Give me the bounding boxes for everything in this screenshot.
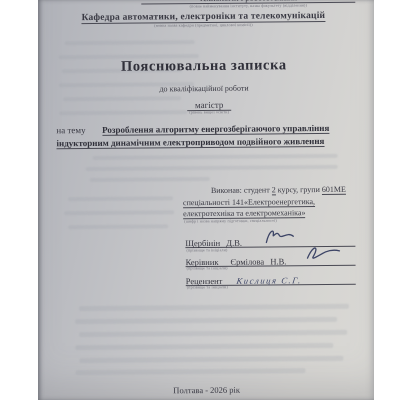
bleed-through-text xyxy=(90,177,210,182)
bleed-through-text xyxy=(65,40,195,45)
city-year-footer: Полтава - 2026 рік xyxy=(57,384,357,397)
page-title: Пояснювальна записка xyxy=(54,57,354,77)
bleed-through-text xyxy=(79,304,349,311)
bleed-through-text xyxy=(79,330,347,337)
author-speciality-line1: спеціальності 141«Електроенергетика, xyxy=(183,197,315,208)
signature-scribble xyxy=(303,244,343,266)
bleed-through-text xyxy=(64,210,174,215)
supervisor-role: Керівник xyxy=(185,257,218,267)
department-caption: (повна назва кафедри (предметної, циклов… xyxy=(83,23,323,29)
bleed-through-text xyxy=(75,343,333,350)
bleed-through-text xyxy=(93,154,338,160)
degree-level-text: магістр xyxy=(187,100,231,111)
page-subtitle: до кваліфікаційної роботи xyxy=(54,83,354,95)
department-line: Кафедра автоматики, електроніки та телек… xyxy=(53,11,353,24)
bleed-through-text xyxy=(75,317,337,324)
supervisor-signature-row: Керівник Єрмілова Н.В. xyxy=(185,251,355,267)
bleed-through-text xyxy=(79,356,343,363)
speciality-caption: (шифр і назва напряму підготовки, спеціа… xyxy=(184,219,277,224)
author-name: Щербінін Д.В. xyxy=(185,238,242,248)
title-page: технологій і робототехніки (повне наймен… xyxy=(38,0,374,400)
reviewer-handwritten-name: Кислиця С.Г. xyxy=(236,275,303,286)
topic-line2: індукторним динамічним електроприводом п… xyxy=(56,135,324,148)
reviewer-signature-row: Рецензент Кислиця С.Г. xyxy=(186,270,356,286)
author-line1-mid: курсу, групи xyxy=(276,185,322,194)
signature-scribble xyxy=(263,226,297,246)
topic-label: на тему xyxy=(56,125,85,135)
department-line-text: Кафедра автоматики, електроніки та телек… xyxy=(82,11,326,24)
degree-caption: (рівень вищої освіти) xyxy=(89,110,329,116)
bleed-through-text xyxy=(68,224,168,229)
bleed-through-text xyxy=(68,196,173,201)
bleed-through-text xyxy=(75,368,305,375)
reviewer-name-caption: (прізвище та ініціали) xyxy=(187,286,228,290)
topic-line1: Розроблення алгоритму енергозберігаючого… xyxy=(102,123,329,136)
document-photo: технологій і робототехніки (повне наймен… xyxy=(38,0,374,400)
topic-block: на тему Розроблення алгоритму енергозбер… xyxy=(56,122,352,150)
author-line1-prefix: Виконав: студент xyxy=(211,185,272,195)
bleed-through-text xyxy=(86,165,338,171)
author-group: 601МЕ xyxy=(322,185,346,195)
author-speciality-line2: електротехніка та електромеханіка» xyxy=(183,208,305,219)
institute-caption: (повне найменування інституту, назва фак… xyxy=(160,4,336,10)
supervisor-name: Єрмілова Н.В. xyxy=(230,256,286,266)
author-block: Виконав: студент 2 курсу, групи 601МЕ сп… xyxy=(183,184,357,220)
reviewer-role: Рецензент xyxy=(186,276,223,286)
